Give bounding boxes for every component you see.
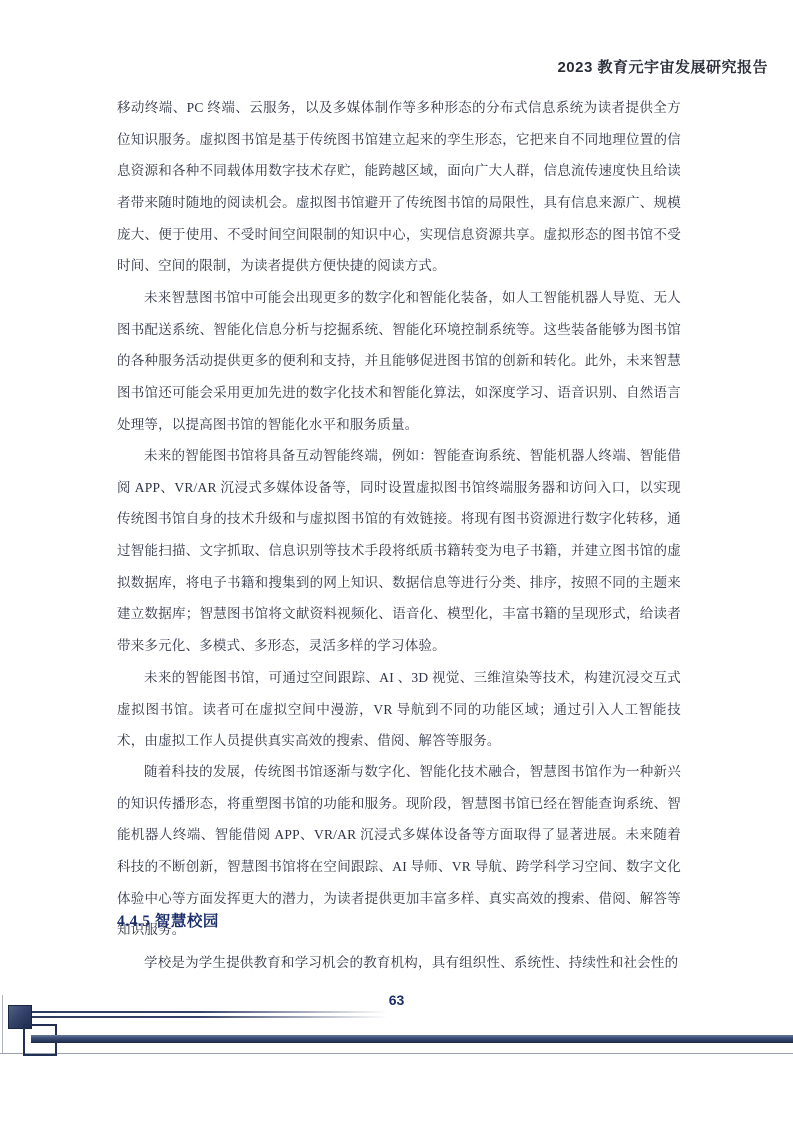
footer-gradient-line: [30, 1011, 402, 1013]
body-paragraph: 未来智慧图书馆中可能会出现更多的数字化和智能化装备，如人工智能机器人导览、无人图…: [117, 282, 681, 440]
footer-bar-decoration: [31, 1035, 793, 1043]
footer-bottom-rule: [0, 1053, 793, 1054]
body-paragraph: 移动终端、PC 终端、云服务，以及多媒体制作等多种形态的分布式信息系统为读者提供…: [117, 92, 681, 282]
page-number: 63: [0, 992, 793, 1008]
footer-gradient-line: [30, 1016, 402, 1019]
footer-left-rule: [2, 995, 3, 1054]
document-page: 2023 教育元宇宙发展研究报告 移动终端、PC 终端、云服务，以及多媒体制作等…: [0, 0, 793, 1122]
section-heading: 4.4.5 智慧校园: [117, 907, 219, 937]
body-paragraph: 未来的智能图书馆将具备互动智能终端，例如：智能查询系统、智能机器人终端、智能借阅…: [117, 440, 681, 662]
body-paragraph: 未来的智能图书馆，可通过空间跟踪、AI 、3D 视觉、三维渲染等技术，构建沉浸交…: [117, 662, 681, 757]
report-header-title: 2023 教育元宇宙发展研究报告: [557, 56, 768, 77]
body-paragraph: 学校是为学生提供教育和学习机会的教育机构，具有组织性、系统性、持续性和社会性的: [117, 947, 681, 979]
